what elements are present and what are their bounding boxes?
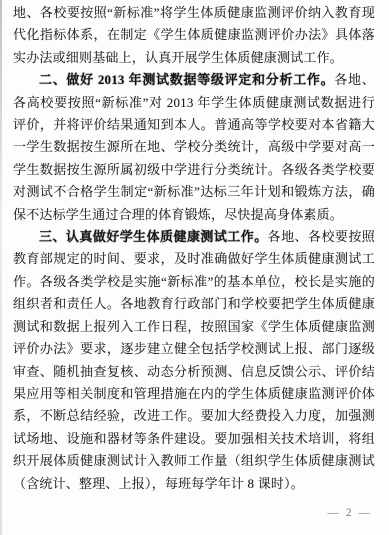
paragraph-section-3: 三、认真做好学生体质健康测试工作。各地、各校要按照教育部规定的时间、要求，及时准…: [13, 226, 375, 495]
paragraph-text: 各地、各高校要按照“新标准”对 2013 年学生体质健康测试数据进行评价，并将评…: [13, 72, 375, 221]
section-3-heading: 三、认真做好学生体质健康测试工作。: [39, 229, 268, 244]
scan-edge-artifact: [0, 0, 2, 535]
document-page: 地、各校要按照“新标准”将学生体质健康监测评价纳入教育现代化指标体系，在制定《学…: [0, 0, 389, 535]
paragraph-section-2: 二、做好 2013 年测试数据等级评定和分析工作。各地、各高校要按照“新标准”对…: [13, 69, 375, 226]
paragraph-continuation: 地、各校要按照“新标准”将学生体质健康监测评价纳入教育现代化指标体系，在制定《学…: [13, 2, 375, 69]
section-2-heading: 二、做好 2013 年测试数据等级评定和分析工作。: [39, 72, 334, 87]
paragraph-text: 各地、各校要按照教育部规定的时间、要求，及时准确做好学生体质健康测试工作。各级各…: [13, 229, 375, 490]
paragraph-text: 地、各校要按照“新标准”将学生体质健康监测评价纳入教育现代化指标体系，在制定《学…: [13, 5, 375, 65]
document-body: 地、各校要按照“新标准”将学生体质健康监测评价纳入教育现代化指标体系，在制定《学…: [13, 2, 375, 495]
page-number: — 2 —: [328, 507, 373, 519]
